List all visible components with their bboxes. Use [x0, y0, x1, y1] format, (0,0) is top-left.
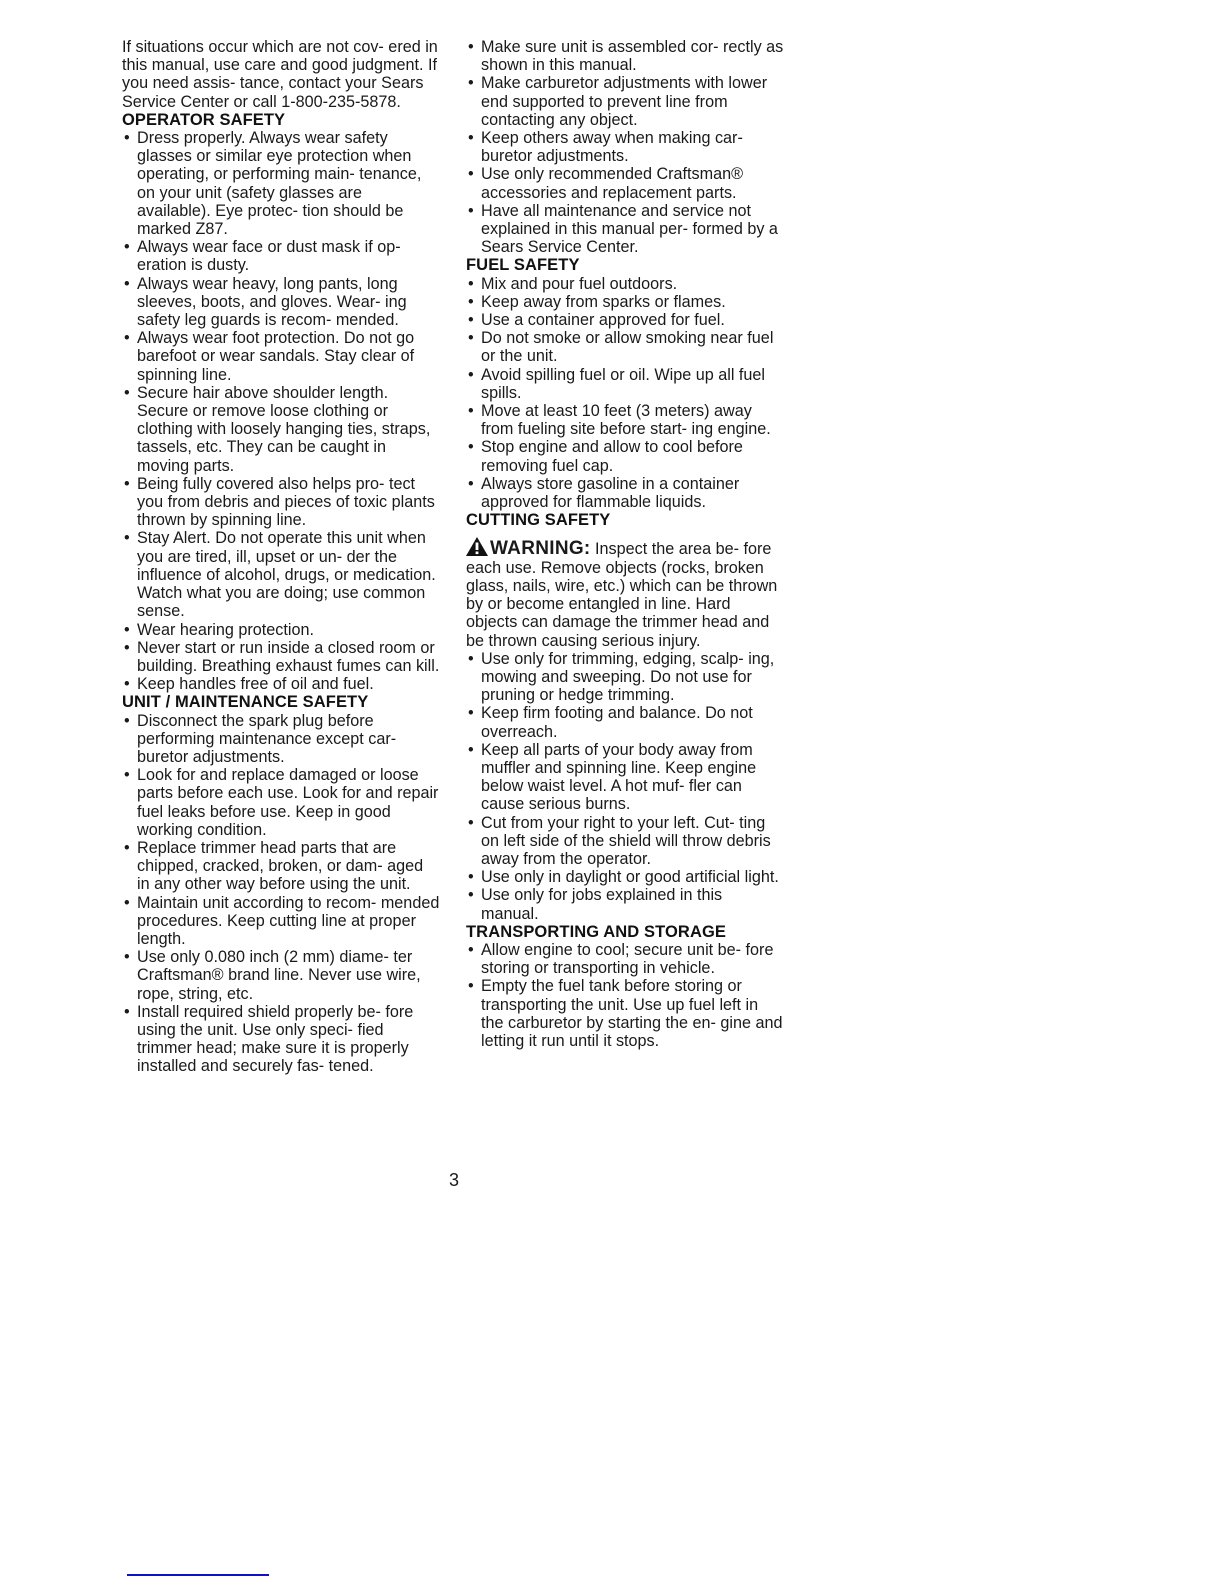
list-item: Move at least 10 feet (3 meters) away fr… — [466, 402, 784, 438]
transporting-storage-list: Allow engine to cool; secure unit be- fo… — [466, 941, 784, 1050]
right-column: Make sure unit is assembled cor- rectly … — [466, 38, 784, 1050]
list-item: Make carburetor adjustments with lower e… — [466, 74, 784, 129]
list-item: Mix and pour fuel outdoors. — [466, 275, 784, 293]
warning-paragraph: WARNING: Inspect the area be- fore each … — [466, 537, 784, 649]
list-item: Keep firm footing and balance. Do not ov… — [466, 704, 784, 740]
list-item: Replace trimmer head parts that are chip… — [122, 839, 440, 894]
cutting-safety-list: Use only for trimming, edging, scalp- in… — [466, 650, 784, 923]
list-item: Use only for jobs explained in this manu… — [466, 886, 784, 922]
warning-label: WARNING: — [490, 538, 591, 559]
intro-paragraph: If situations occur which are not cov- e… — [122, 38, 440, 111]
left-column: If situations occur which are not cov- e… — [122, 38, 440, 1076]
list-item: Keep away from sparks or flames. — [466, 293, 784, 311]
list-item: Use only for trimming, edging, scalp- in… — [466, 650, 784, 705]
list-item: Avoid spilling fuel or oil. Wipe up all … — [466, 366, 784, 402]
fuel-safety-heading: FUEL SAFETY — [466, 256, 784, 274]
list-item: Keep others away when making car- bureto… — [466, 129, 784, 165]
list-item: Look for and replace damaged or loose pa… — [122, 766, 440, 839]
list-item: Use only in daylight or good artificial … — [466, 868, 784, 886]
list-item: Always wear foot protection. Do not go b… — [122, 329, 440, 384]
list-item: Cut from your right to your left. Cut- t… — [466, 814, 784, 869]
list-item: Have all maintenance and service not exp… — [466, 202, 784, 257]
list-item: Use only 0.080 inch (2 mm) diame- ter Cr… — [122, 948, 440, 1003]
list-item: Empty the fuel tank before storing or tr… — [466, 977, 784, 1050]
transporting-storage-heading: TRANSPORTING AND STORAGE — [466, 923, 784, 941]
list-item: Secure hair above shoulder length. Secur… — [122, 384, 440, 475]
unit-maintenance-safety-list: Disconnect the spark plug before perform… — [122, 712, 440, 1076]
list-item: Always store gasoline in a container app… — [466, 475, 784, 511]
list-item: Maintain unit according to recom- mended… — [122, 894, 440, 949]
warning-triangle-icon — [466, 537, 488, 556]
unit-maintenance-safety-heading: UNIT / MAINTENANCE SAFETY — [122, 693, 440, 711]
list-item: Keep all parts of your body away from mu… — [466, 741, 784, 814]
list-item: Always wear face or dust mask if op- era… — [122, 238, 440, 274]
operator-safety-list: Dress properly. Always wear safety glass… — [122, 129, 440, 693]
operator-safety-heading: OPERATOR SAFETY — [122, 111, 440, 129]
list-item: Stay Alert. Do not operate this unit whe… — [122, 529, 440, 620]
list-item: Stop engine and allow to cool before rem… — [466, 438, 784, 474]
list-item: Disconnect the spark plug before perform… — [122, 712, 440, 767]
cutting-safety-heading: CUTTING SAFETY — [466, 511, 784, 529]
list-item: Always wear heavy, long pants, long slee… — [122, 275, 440, 330]
list-item: Make sure unit is assembled cor- rectly … — [466, 38, 784, 74]
list-item: Being fully covered also helps pro- tect… — [122, 475, 440, 530]
list-item: Use only recommended Craftsman® accessor… — [466, 165, 784, 201]
list-item: Keep handles free of oil and fuel. — [122, 675, 440, 693]
list-item: Allow engine to cool; secure unit be- fo… — [466, 941, 784, 977]
list-item: Use a container approved for fuel. — [466, 311, 784, 329]
fuel-safety-list: Mix and pour fuel outdoors. Keep away fr… — [466, 275, 784, 512]
list-item: Never start or run inside a closed room … — [122, 639, 440, 675]
page-number: 3 — [449, 1170, 459, 1191]
list-item: Dress properly. Always wear safety glass… — [122, 129, 440, 238]
maintenance-continued-list: Make sure unit is assembled cor- rectly … — [466, 38, 784, 256]
bottom-rule-divider — [127, 1574, 269, 1576]
list-item: Wear hearing protection. — [122, 621, 440, 639]
list-item: Do not smoke or allow smoking near fuel … — [466, 329, 784, 365]
list-item: Install required shield properly be- for… — [122, 1003, 440, 1076]
